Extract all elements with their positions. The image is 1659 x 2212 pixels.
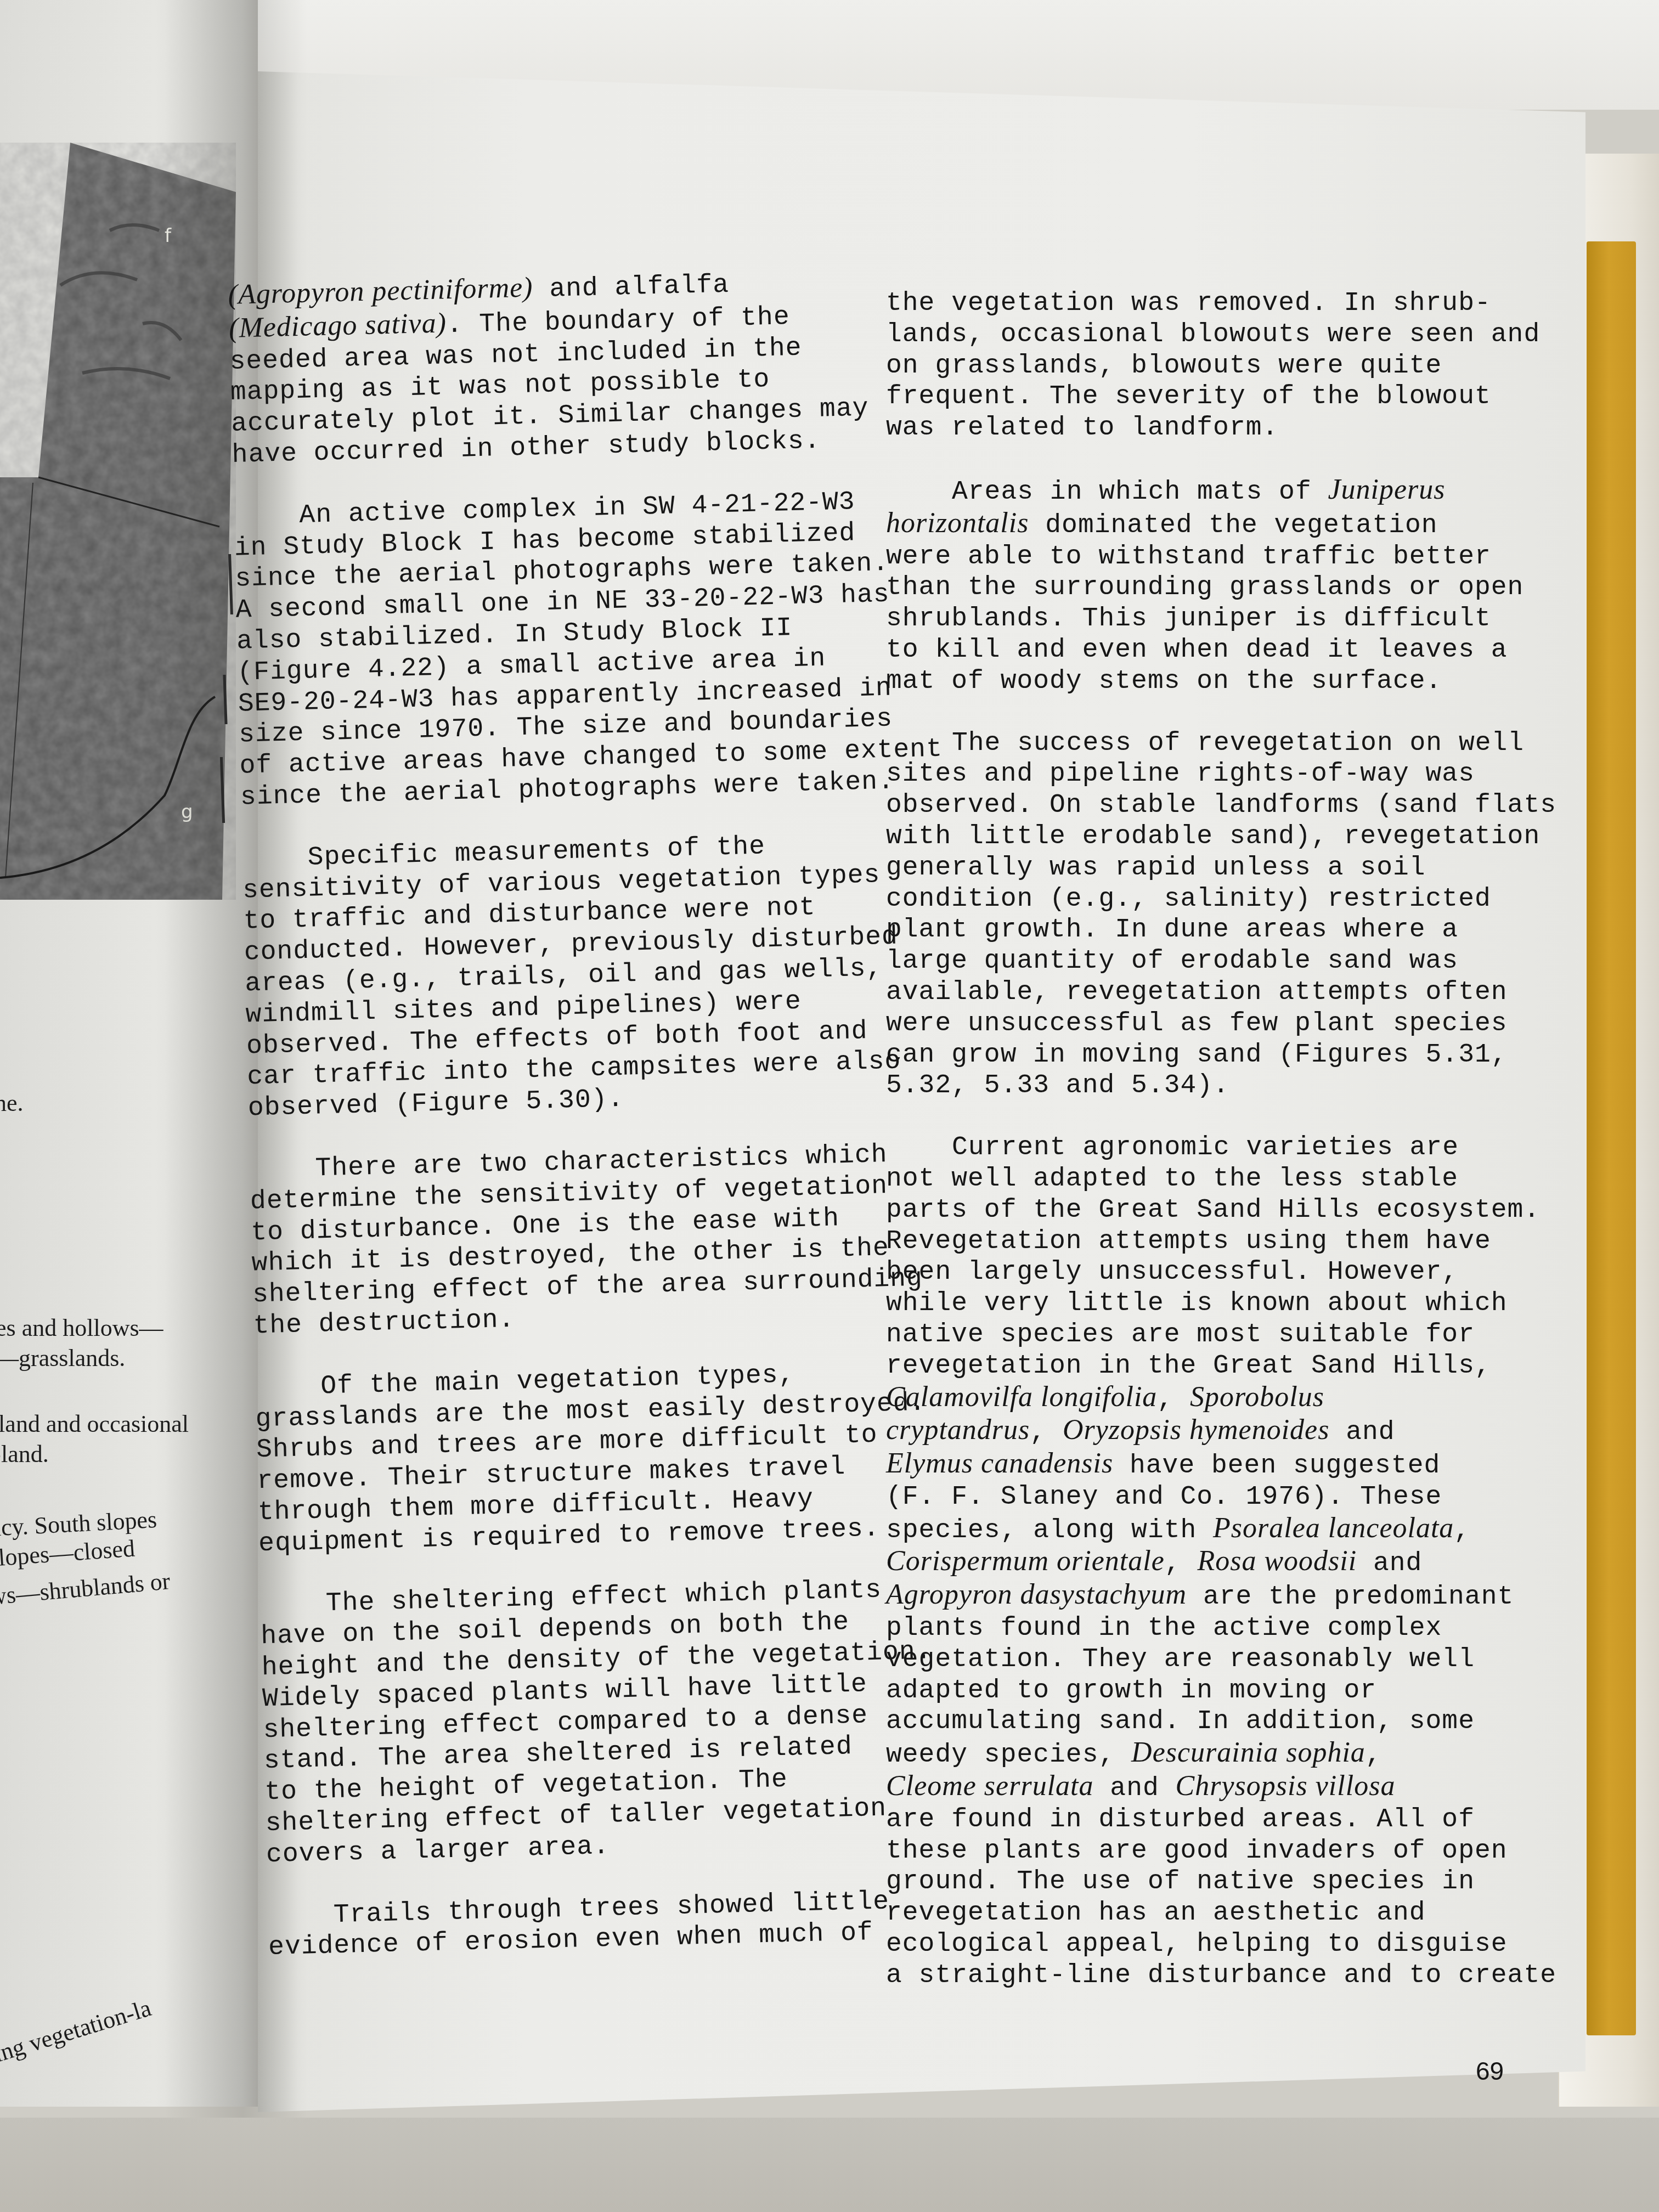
text-line: Elymus canadensis have been suggested bbox=[886, 1448, 1566, 1482]
photo-label-g: g bbox=[181, 801, 193, 823]
text-run: been largely unsuccessful. However, bbox=[886, 1257, 1458, 1287]
page-number: 69 bbox=[1476, 2056, 1504, 2086]
text-run: the vegetation was removed. In shrub- bbox=[886, 289, 1491, 318]
species-name: Sporobolus bbox=[1190, 1381, 1324, 1413]
text-run: frequent. The severity of the blowout bbox=[886, 382, 1491, 411]
text-run: sites and pipeline rights-of-way was bbox=[886, 759, 1475, 789]
paragraph: There are two characteristics whichdeter… bbox=[249, 1139, 890, 1342]
left-page-text-fragment: ne. bbox=[0, 1089, 24, 1117]
species-name: cryptandrus bbox=[886, 1414, 1030, 1446]
text-run: ecological appeal, helping to disguise bbox=[886, 1929, 1508, 1959]
text-column-right: the vegetation was removed. In shrub-lan… bbox=[886, 288, 1566, 2022]
species-name: horizontalis bbox=[886, 507, 1029, 539]
text-run: vegetation. They are reasonably well bbox=[886, 1645, 1475, 1674]
left-page-text-fragment: ing vegetation-la bbox=[0, 1994, 154, 2068]
paragraph: Current agronomic varieties arenot well … bbox=[886, 1132, 1566, 1991]
paragraph: Trails through trees showed littleeviden… bbox=[267, 1886, 905, 1963]
text-run: (F. F. Slaney and Co. 1976). These bbox=[886, 1482, 1442, 1512]
text-line: (F. F. Slaney and Co. 1976). These bbox=[886, 1482, 1566, 1513]
paragraph: Specific measurements of thesensitivity … bbox=[241, 828, 884, 1124]
text-line: 5.32, 5.33 and 5.34). bbox=[886, 1070, 1566, 1102]
text-run: plants found in the active complex bbox=[886, 1613, 1442, 1643]
text-line: native species are most suitable for bbox=[886, 1319, 1566, 1351]
text-line: Agropyron dasystachyum are the predomina… bbox=[886, 1579, 1566, 1613]
species-name: Cleome serrulata bbox=[886, 1770, 1094, 1802]
species-name: Corispermum orientale bbox=[886, 1545, 1165, 1577]
text-run: and alfalfa bbox=[533, 270, 730, 305]
text-run: shrublands. This juniper is difficult bbox=[886, 604, 1491, 634]
text-run: plant growth. In dune areas where a bbox=[886, 915, 1458, 945]
text-line: on grasslands, blowouts were quite bbox=[886, 351, 1566, 382]
text-line: cryptandrus, Oryzopsis hymenoides and bbox=[886, 1415, 1566, 1448]
text-run: and bbox=[1094, 1774, 1176, 1803]
text-line: sites and pipeline rights-of-way was bbox=[886, 759, 1566, 790]
left-page-text-fragment: pes and hollows— bbox=[0, 1314, 163, 1342]
species-name: Chrysopsis villosa bbox=[1176, 1770, 1396, 1802]
text-run: these plants are good invaders of open bbox=[886, 1836, 1508, 1866]
text-line: ecological appeal, helping to disguise bbox=[886, 1929, 1566, 1960]
species-name: Juniperus bbox=[1328, 474, 1446, 505]
left-page-text-fragment: sland and occasional bbox=[0, 1410, 189, 1438]
text-line: revegetation has an aesthetic and bbox=[886, 1898, 1566, 1929]
text-run: Current agronomic varieties are bbox=[952, 1133, 1459, 1163]
text-line: The success of revegetation on well bbox=[886, 728, 1566, 759]
left-page: f g ne. pes and hollows— —grasslands. sl… bbox=[0, 0, 258, 2107]
text-line: plant growth. In dune areas where a bbox=[886, 915, 1566, 946]
text-run: observed. On stable landforms (sand flat… bbox=[886, 791, 1556, 820]
text-line: horizontalis dominated the vegetation bbox=[886, 508, 1566, 541]
text-run: 5.32, 5.33 and 5.34). bbox=[886, 1071, 1229, 1101]
text-line: adapted to growth in moving or bbox=[886, 1675, 1566, 1707]
text-line: Areas in which mats of Juniperus bbox=[886, 475, 1566, 508]
text-line: revegetation in the Great Sand Hills, bbox=[886, 1351, 1566, 1382]
text-line: than the surrounding grasslands or open bbox=[886, 572, 1566, 603]
text-column-left: (Agropyron pectiniforme) and alfalfa(Med… bbox=[228, 264, 906, 1995]
text-line: were unsuccessful as few plant species bbox=[886, 1008, 1566, 1040]
text-line: plants found in the active complex bbox=[886, 1613, 1566, 1644]
text-run: can grow in moving sand (Figures 5.31, bbox=[886, 1040, 1508, 1070]
text-line: a straight-line disturbance and to creat… bbox=[886, 1960, 1566, 1991]
photo-label-f: f bbox=[165, 225, 171, 247]
left-page-text-fragment: pland. bbox=[0, 1440, 49, 1468]
text-run: Areas in which mats of bbox=[952, 477, 1328, 507]
text-line: Calamovilfa longifolia, Sporobolus bbox=[886, 1382, 1566, 1415]
text-line: available, revegetation attempts often bbox=[886, 977, 1566, 1008]
text-line: generally was rapid unless a soil bbox=[886, 853, 1566, 884]
table-surface bbox=[0, 2118, 1659, 2212]
text-line: accumulating sand. In addition, some bbox=[886, 1706, 1566, 1737]
text-run: available, revegetation attempts often bbox=[886, 978, 1508, 1007]
text-line: vegetation. They are reasonably well bbox=[886, 1644, 1566, 1675]
text-run: , bbox=[1365, 1740, 1382, 1770]
text-run: , bbox=[1157, 1385, 1190, 1414]
text-run: have been suggested bbox=[1113, 1451, 1440, 1481]
text-line: not well adapted to the less stable bbox=[886, 1164, 1566, 1195]
text-line: condition (e.g., salinity) restricted bbox=[886, 884, 1566, 915]
text-line: been largely unsuccessful. However, bbox=[886, 1257, 1566, 1288]
text-run: are found in disturbed areas. All of bbox=[886, 1805, 1475, 1835]
text-run: was related to landform. bbox=[886, 413, 1278, 443]
paragraph: The success of revegetation on wellsites… bbox=[886, 728, 1566, 1102]
text-line: was related to landform. bbox=[886, 413, 1566, 444]
paragraph: (Agropyron pectiniforme) and alfalfa(Med… bbox=[228, 264, 868, 471]
text-run: lands, occasional blowouts were seen and bbox=[886, 320, 1540, 349]
text-run: not well adapted to the less stable bbox=[886, 1164, 1458, 1194]
text-line: ground. The use of native species in bbox=[886, 1866, 1566, 1898]
text-run: revegetation has an aesthetic and bbox=[886, 1898, 1426, 1928]
text-line: weedy species, Descurainia sophia, bbox=[886, 1737, 1566, 1771]
text-run: weedy species, bbox=[886, 1740, 1131, 1770]
text-run: while very little is known about which bbox=[886, 1289, 1508, 1318]
species-name: Calamovilfa longifolia bbox=[886, 1381, 1157, 1413]
species-name: Psoralea lanceolata bbox=[1213, 1513, 1454, 1544]
species-name: Descurainia sophia bbox=[1131, 1737, 1365, 1768]
text-run: , bbox=[1165, 1549, 1198, 1578]
text-line: Current agronomic varieties are bbox=[886, 1132, 1566, 1164]
text-run: dominated the vegetation bbox=[1029, 511, 1438, 540]
text-line: large quantity of erodable sand was bbox=[886, 946, 1566, 977]
text-run: large quantity of erodable sand was bbox=[886, 946, 1458, 976]
text-line: with little erodable sand), revegetation bbox=[886, 821, 1566, 853]
paragraph: Of the main vegetation types,grasslands … bbox=[255, 1357, 895, 1560]
text-run: the destruction. bbox=[253, 1305, 515, 1341]
left-page-text-fragment: —grasslands. bbox=[0, 1344, 125, 1372]
text-line: while very little is known about which bbox=[886, 1288, 1566, 1319]
text-run: and bbox=[1357, 1549, 1422, 1578]
paragraph: the vegetation was removed. In shrub-lan… bbox=[886, 288, 1566, 444]
text-run: to kill and even when dead it leaves a bbox=[886, 635, 1508, 665]
text-run: than the surrounding grasslands or open bbox=[886, 573, 1523, 602]
text-run: generally was rapid unless a soil bbox=[886, 853, 1426, 883]
text-run: mat of woody stems on the surface. bbox=[886, 667, 1442, 696]
text-run: were unsuccessful as few plant species bbox=[886, 1009, 1508, 1039]
text-line: parts of the Great Sand Hills ecosystem. bbox=[886, 1195, 1566, 1226]
text-line: observed. On stable landforms (sand flat… bbox=[886, 790, 1566, 821]
text-line: frequent. The severity of the blowout bbox=[886, 381, 1566, 413]
text-line: mat of woody stems on the surface. bbox=[886, 666, 1566, 697]
text-run: ground. The use of native species in bbox=[886, 1867, 1475, 1897]
species-name: Elymus canadensis bbox=[886, 1448, 1113, 1479]
text-line: Cleome serrulata and Chrysopsis villosa bbox=[886, 1771, 1566, 1804]
text-run: were able to withstand traffic better bbox=[886, 542, 1491, 572]
orange-cover-edge bbox=[1587, 241, 1636, 2035]
text-run: , bbox=[1454, 1516, 1470, 1545]
left-page-text-fragment: ws—shrublands or bbox=[0, 1567, 171, 1611]
text-line: species, along with Psoralea lanceolata, bbox=[886, 1513, 1566, 1547]
text-line: Corispermum orientale, Rosa woodsii and bbox=[886, 1546, 1566, 1579]
species-name: Oryzopsis hymenoides bbox=[1063, 1414, 1330, 1446]
text-run: are the predominant bbox=[1187, 1582, 1514, 1612]
paragraph: The sheltering effect which plantshave o… bbox=[259, 1575, 902, 1870]
species-name: (Medicago sativa) bbox=[228, 307, 447, 344]
text-line: Revegetation attempts using them have bbox=[886, 1226, 1566, 1257]
text-run: condition (e.g., salinity) restricted bbox=[886, 884, 1491, 914]
text-line: were able to withstand traffic better bbox=[886, 541, 1566, 573]
aerial-photograph: f g bbox=[0, 143, 236, 900]
text-line: can grow in moving sand (Figures 5.31, bbox=[886, 1040, 1566, 1071]
text-run: Revegetation attempts using them have bbox=[886, 1227, 1491, 1256]
text-run: a straight-line disturbance and to creat… bbox=[886, 1961, 1556, 1990]
text-run: revegetation in the Great Sand Hills, bbox=[886, 1351, 1491, 1381]
species-name: Rosa woodsii bbox=[1197, 1545, 1357, 1577]
text-run: parts of the Great Sand Hills ecosystem. bbox=[886, 1195, 1540, 1225]
paragraph: An active complex in SW 4-21-22-W3in Stu… bbox=[233, 486, 877, 813]
text-run: accumulating sand. In addition, some bbox=[886, 1707, 1475, 1736]
paragraph: Areas in which mats of Juniperushorizont… bbox=[886, 475, 1566, 697]
text-line: the vegetation was removed. In shrub- bbox=[886, 288, 1566, 319]
text-line: are found in disturbed areas. All of bbox=[886, 1804, 1566, 1836]
text-line: shrublands. This juniper is difficult bbox=[886, 603, 1566, 635]
text-run: species, along with bbox=[886, 1516, 1213, 1545]
text-line: lands, occasional blowouts were seen and bbox=[886, 319, 1566, 351]
species-name: (Agropyron pectiniforme) bbox=[228, 272, 533, 311]
text-run: , bbox=[1030, 1418, 1063, 1447]
text-line: these plants are good invaders of open bbox=[886, 1836, 1566, 1867]
text-run: and bbox=[1329, 1418, 1395, 1447]
text-line: to kill and even when dead it leaves a bbox=[886, 635, 1566, 666]
text-run: native species are most suitable for bbox=[886, 1320, 1475, 1350]
text-run: The success of revegetation on well bbox=[952, 729, 1524, 758]
text-run: with little erodable sand), revegetation bbox=[886, 822, 1540, 851]
text-run: on grasslands, blowouts were quite bbox=[886, 351, 1442, 381]
text-run: adapted to growth in moving or bbox=[886, 1676, 1376, 1706]
species-name: Agropyron dasystachyum bbox=[886, 1579, 1187, 1610]
